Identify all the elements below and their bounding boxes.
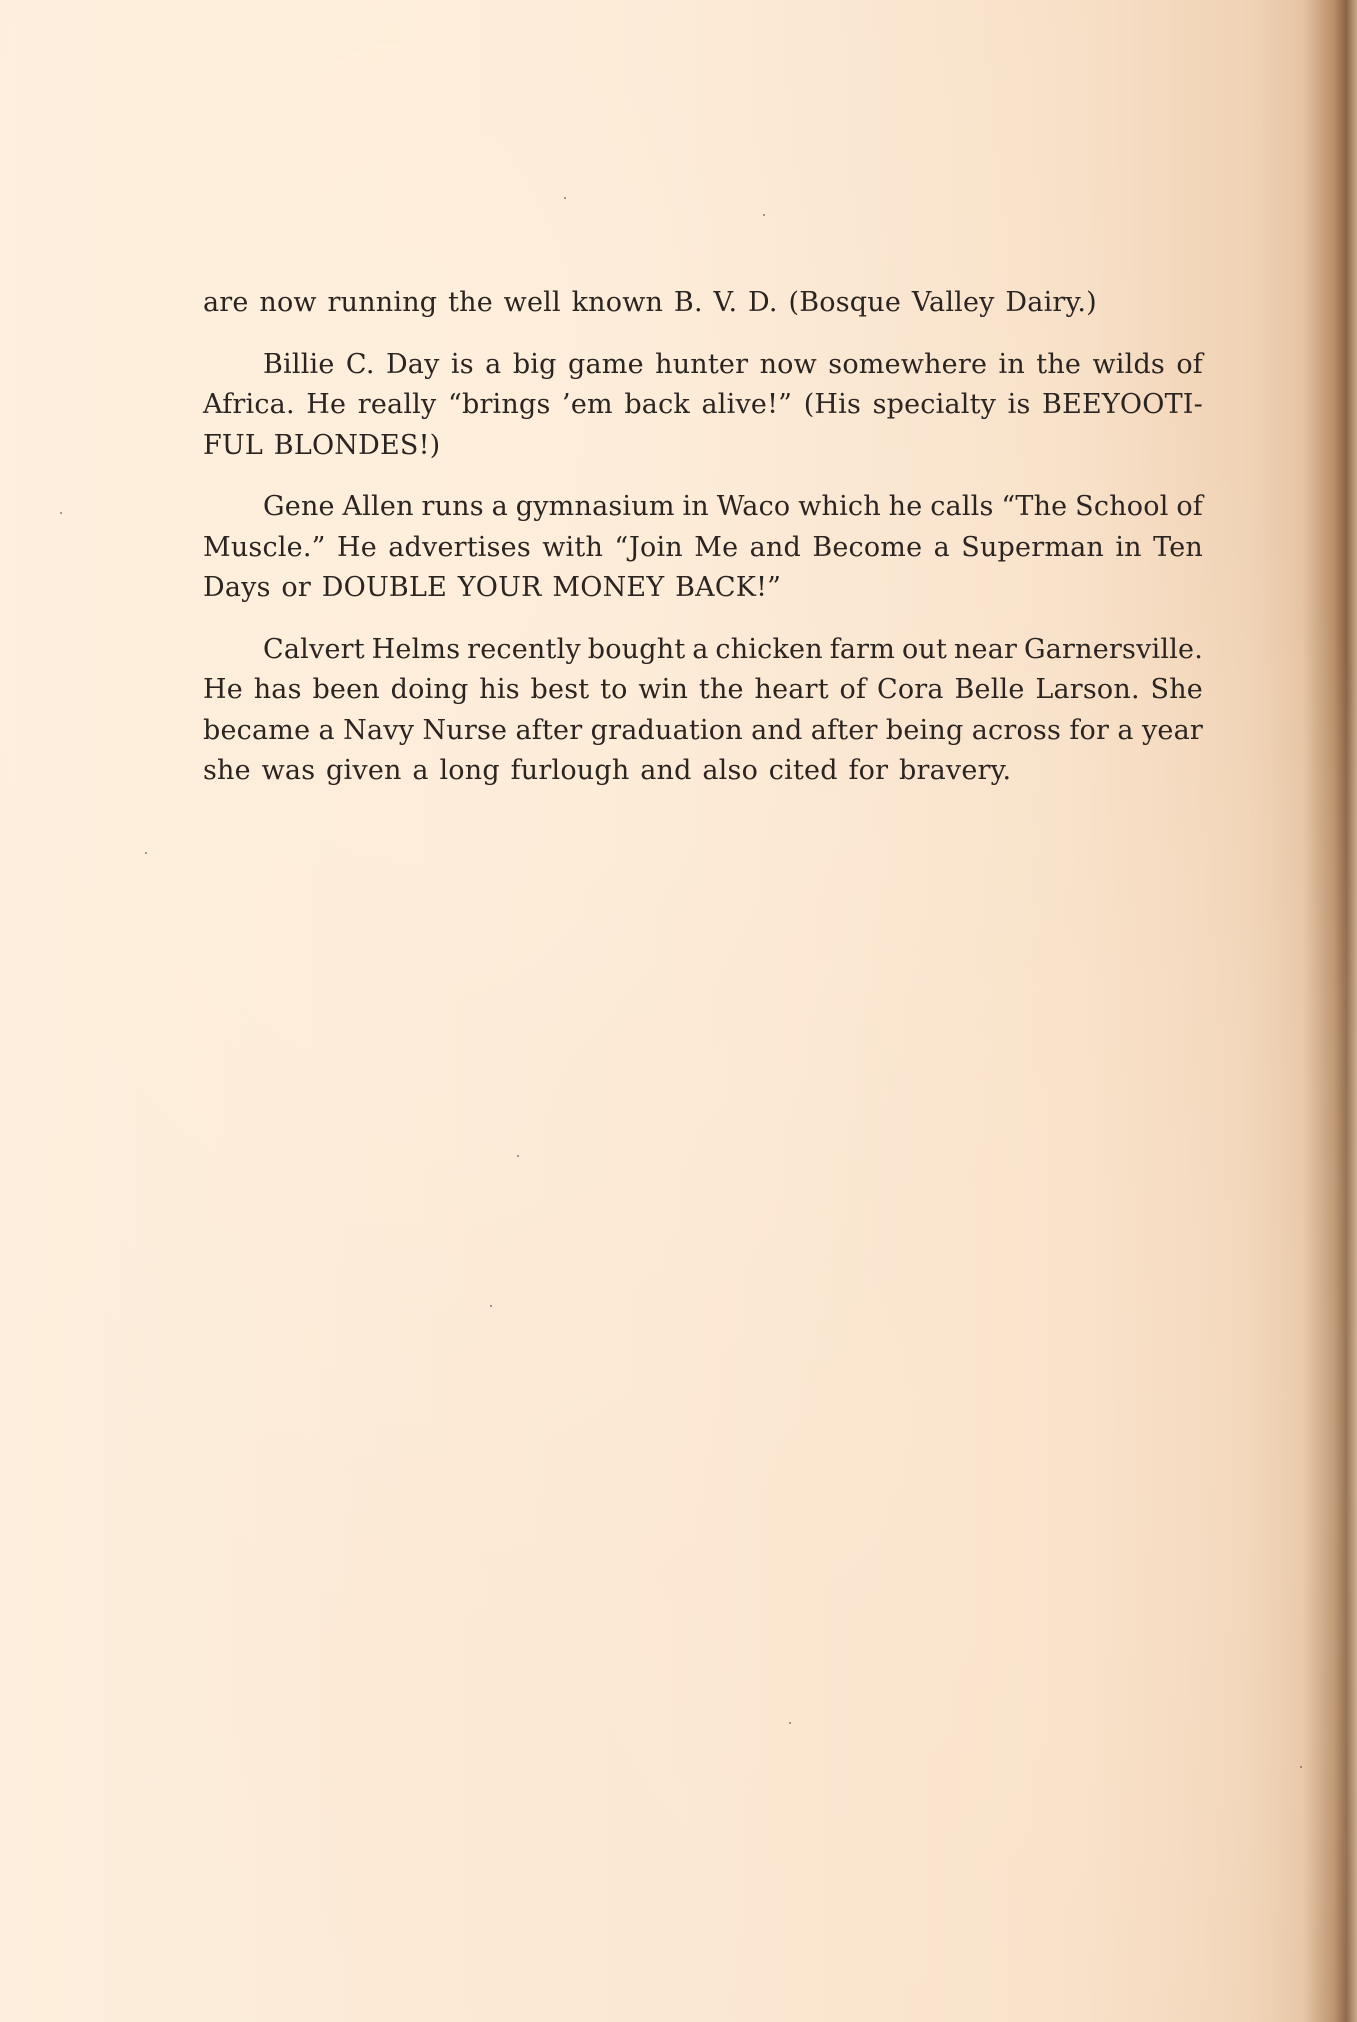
text-line: Calvert Helms recently bought a chicken … <box>203 630 1203 671</box>
paper-speck <box>517 1155 519 1157</box>
paper-speck <box>490 1305 492 1307</box>
text-line: Gene Allen runs a gymnasium in Waco whic… <box>203 487 1203 528</box>
paragraph-bvd: are now running the well known B. V. D. … <box>203 283 1203 324</box>
paragraph-billie-day: Billie C. Day is a big game hunter now s… <box>203 345 1203 467</box>
paragraph-calvert-helms: Calvert Helms recently bought a chicken … <box>203 630 1203 792</box>
paper-speck <box>763 214 765 216</box>
text-line: Billie C. Day is a big game hunter now s… <box>203 345 1203 386</box>
text-line: are now running the well known B. V. D. … <box>203 283 1203 324</box>
paragraph-gene-allen: Gene Allen runs a gymnasium in Waco whic… <box>203 487 1203 609</box>
text-line: she was given a long furlough and also c… <box>203 751 1203 792</box>
paper-speck <box>145 852 147 854</box>
text-line: Africa. He really “brings ’em back alive… <box>203 385 1203 426</box>
text-line: Muscle.” He advertises with “Join Me and… <box>203 528 1203 569</box>
text-line: He has been doing his best to win the he… <box>203 670 1203 711</box>
paper-speck <box>789 1722 791 1724</box>
paper-speck <box>60 512 62 514</box>
text-line: FUL BLONDES!) <box>203 426 1203 467</box>
text-line: Days or DOUBLE YOUR MONEY BACK!” <box>203 568 1203 609</box>
page-text: are now running the well known B. V. D. … <box>203 283 1203 813</box>
paper-speck <box>564 197 566 199</box>
paper-speck <box>1300 1766 1302 1768</box>
scanned-page: are now running the well known B. V. D. … <box>0 0 1357 2022</box>
text-line: became a Navy Nurse after graduation and… <box>203 711 1203 752</box>
